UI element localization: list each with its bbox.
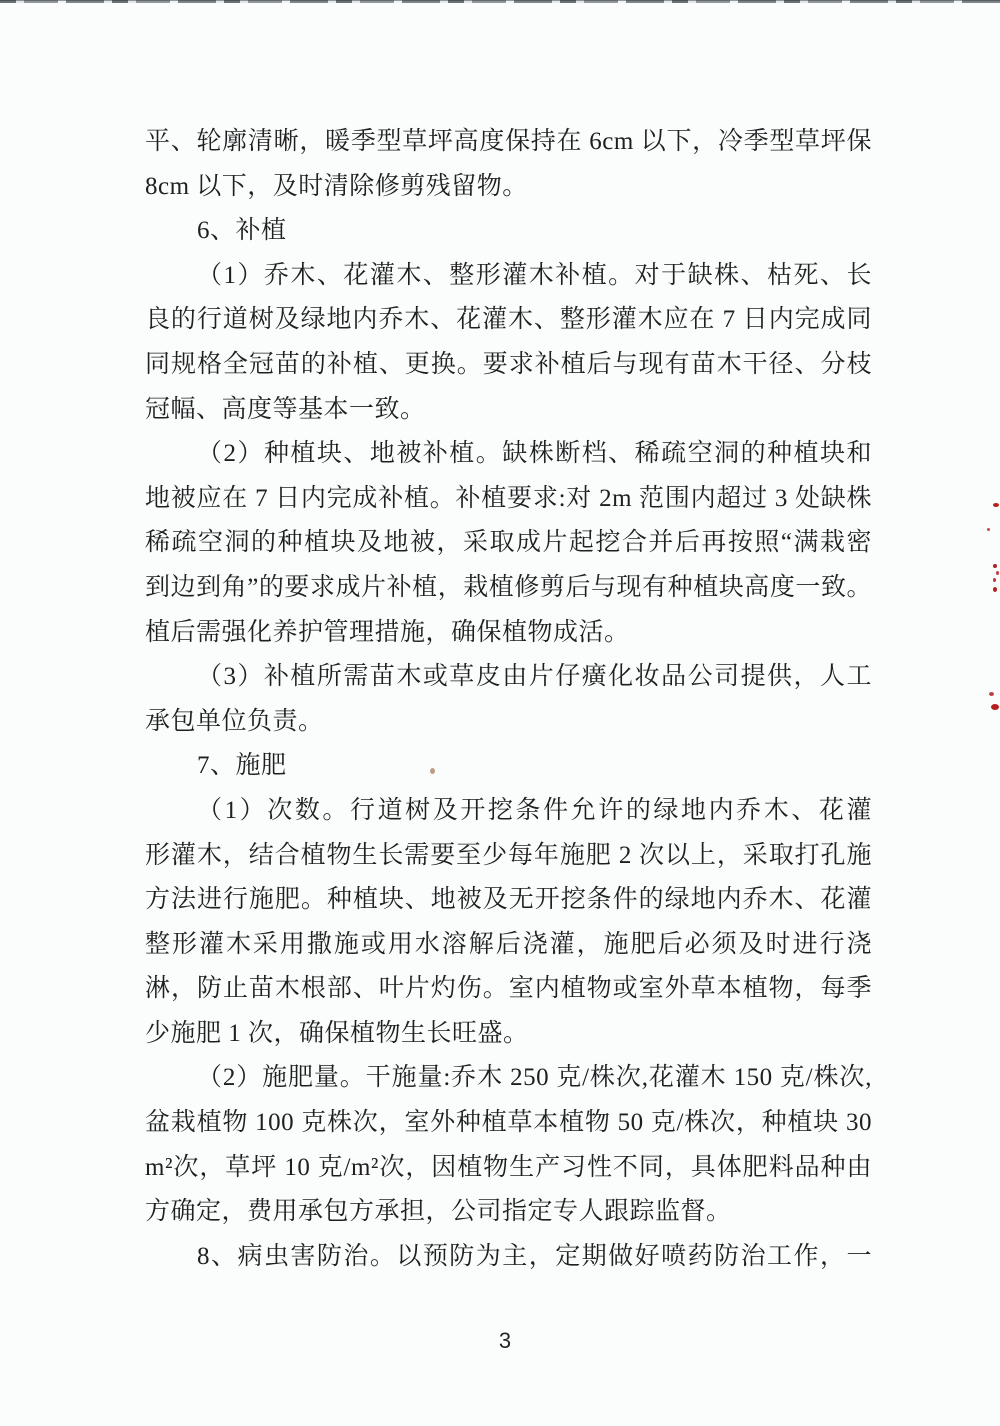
text-line: 植后需强化养护管理措施，确保植物成活。 <box>145 611 872 656</box>
page-number: 3 <box>0 1328 1000 1354</box>
document-body: 平、轮廓清晰，暖季型草坪高度保持在 6cm 以下，冷季型草坪保持在 8cm 以下… <box>145 120 872 1279</box>
text-line: 方确定，费用承包方承担，公司指定专人跟踪监督。 <box>145 1190 872 1235</box>
red-ink-artifact <box>993 587 997 592</box>
scan-edge-artifact <box>0 0 1000 3</box>
text-line: （2）施肥量。干施量:乔木 250 克/株次,花灌木 150 克/株次, <box>145 1056 872 1101</box>
red-ink-artifact <box>989 692 994 696</box>
text-line: 承包单位负责。 <box>145 700 872 745</box>
text-line: 盆栽植物 100 克株次，室外种植草本植物 50 克/株次，种植块 30 克/ <box>145 1101 872 1146</box>
red-ink-artifact <box>993 503 999 507</box>
text-line: 8cm 以下，及时清除修剪残留物。 <box>145 165 872 210</box>
red-ink-artifact <box>987 528 990 531</box>
section-heading-line: 6、补植 <box>145 209 872 254</box>
text-line: 整形灌木采用撒施或用水溶解后浇灌，施肥后必须及时进行浇水、喷 <box>145 923 872 968</box>
text-line: （2）种植块、地被补植。缺株断档、稀疏空洞的种植块和斑秃 <box>145 432 872 477</box>
text-line: m²次，草坪 10 克/m²次，因植物生产习性不同，具体肥料品种由承包 <box>145 1146 872 1191</box>
text-line: 良的行道树及绿地内乔木、花灌木、整形灌木应在 7 日内完成同品种 <box>145 298 872 343</box>
red-ink-artifact <box>996 571 999 575</box>
text-line: （3）补植所需苗木或草皮由片仔癀化妆品公司提供，人工费由 <box>145 655 872 700</box>
text-line: 稀疏空洞的种植块及地被，采取成片起挖合并后再按照“满栽密植、 <box>145 521 872 566</box>
dust-speck-artifact <box>430 768 435 774</box>
red-ink-artifact <box>991 704 999 710</box>
red-ink-artifact <box>993 578 996 582</box>
text-line: 方法进行施肥。种植块、地被及无开挖条件的绿地内乔木、花灌木、 <box>145 878 872 923</box>
text-line: 地被应在 7 日内完成补植。补植要求:对 2m 范围内超过 3 处缺株断档、 <box>145 477 872 522</box>
text-line: 少施肥 1 次，确保植物生长旺盛。 <box>145 1012 872 1057</box>
section-heading-line: 7、施肥 <box>145 744 872 789</box>
text-line: 形灌木，结合植物生长需要至少每年施肥 2 次以上，采取打孔施肥的 <box>145 834 872 879</box>
text-line: 到边到角”的要求成片补植，栽植修剪后与现有种植块高度一致。补 <box>145 566 872 611</box>
section-heading-line: 8、病虫害防治。以预防为主，定期做好喷药防治工作，一般在 <box>145 1235 872 1280</box>
text-line: （1）次数。行道树及开挖条件允许的绿地内乔木、花灌木、整 <box>145 789 872 834</box>
scanned-document-page: 平、轮廓清晰，暖季型草坪高度保持在 6cm 以下，冷季型草坪保持在 8cm 以下… <box>0 0 1000 1426</box>
text-line: 平、轮廓清晰，暖季型草坪高度保持在 6cm 以下，冷季型草坪保持在 <box>145 120 872 165</box>
red-ink-artifact <box>993 564 997 568</box>
text-line: 淋，防止苗木根部、叶片灼伤。室内植物或室外草本植物，每季度至 <box>145 967 872 1012</box>
text-line: （1）乔木、花灌木、整形灌木补植。对于缺株、枯死、长势不 <box>145 254 872 299</box>
text-line: 同规格全冠苗的补植、更换。要求补植后与现有苗木干径、分枝点、 <box>145 343 872 388</box>
text-line: 冠幅、高度等基本一致。 <box>145 388 872 433</box>
